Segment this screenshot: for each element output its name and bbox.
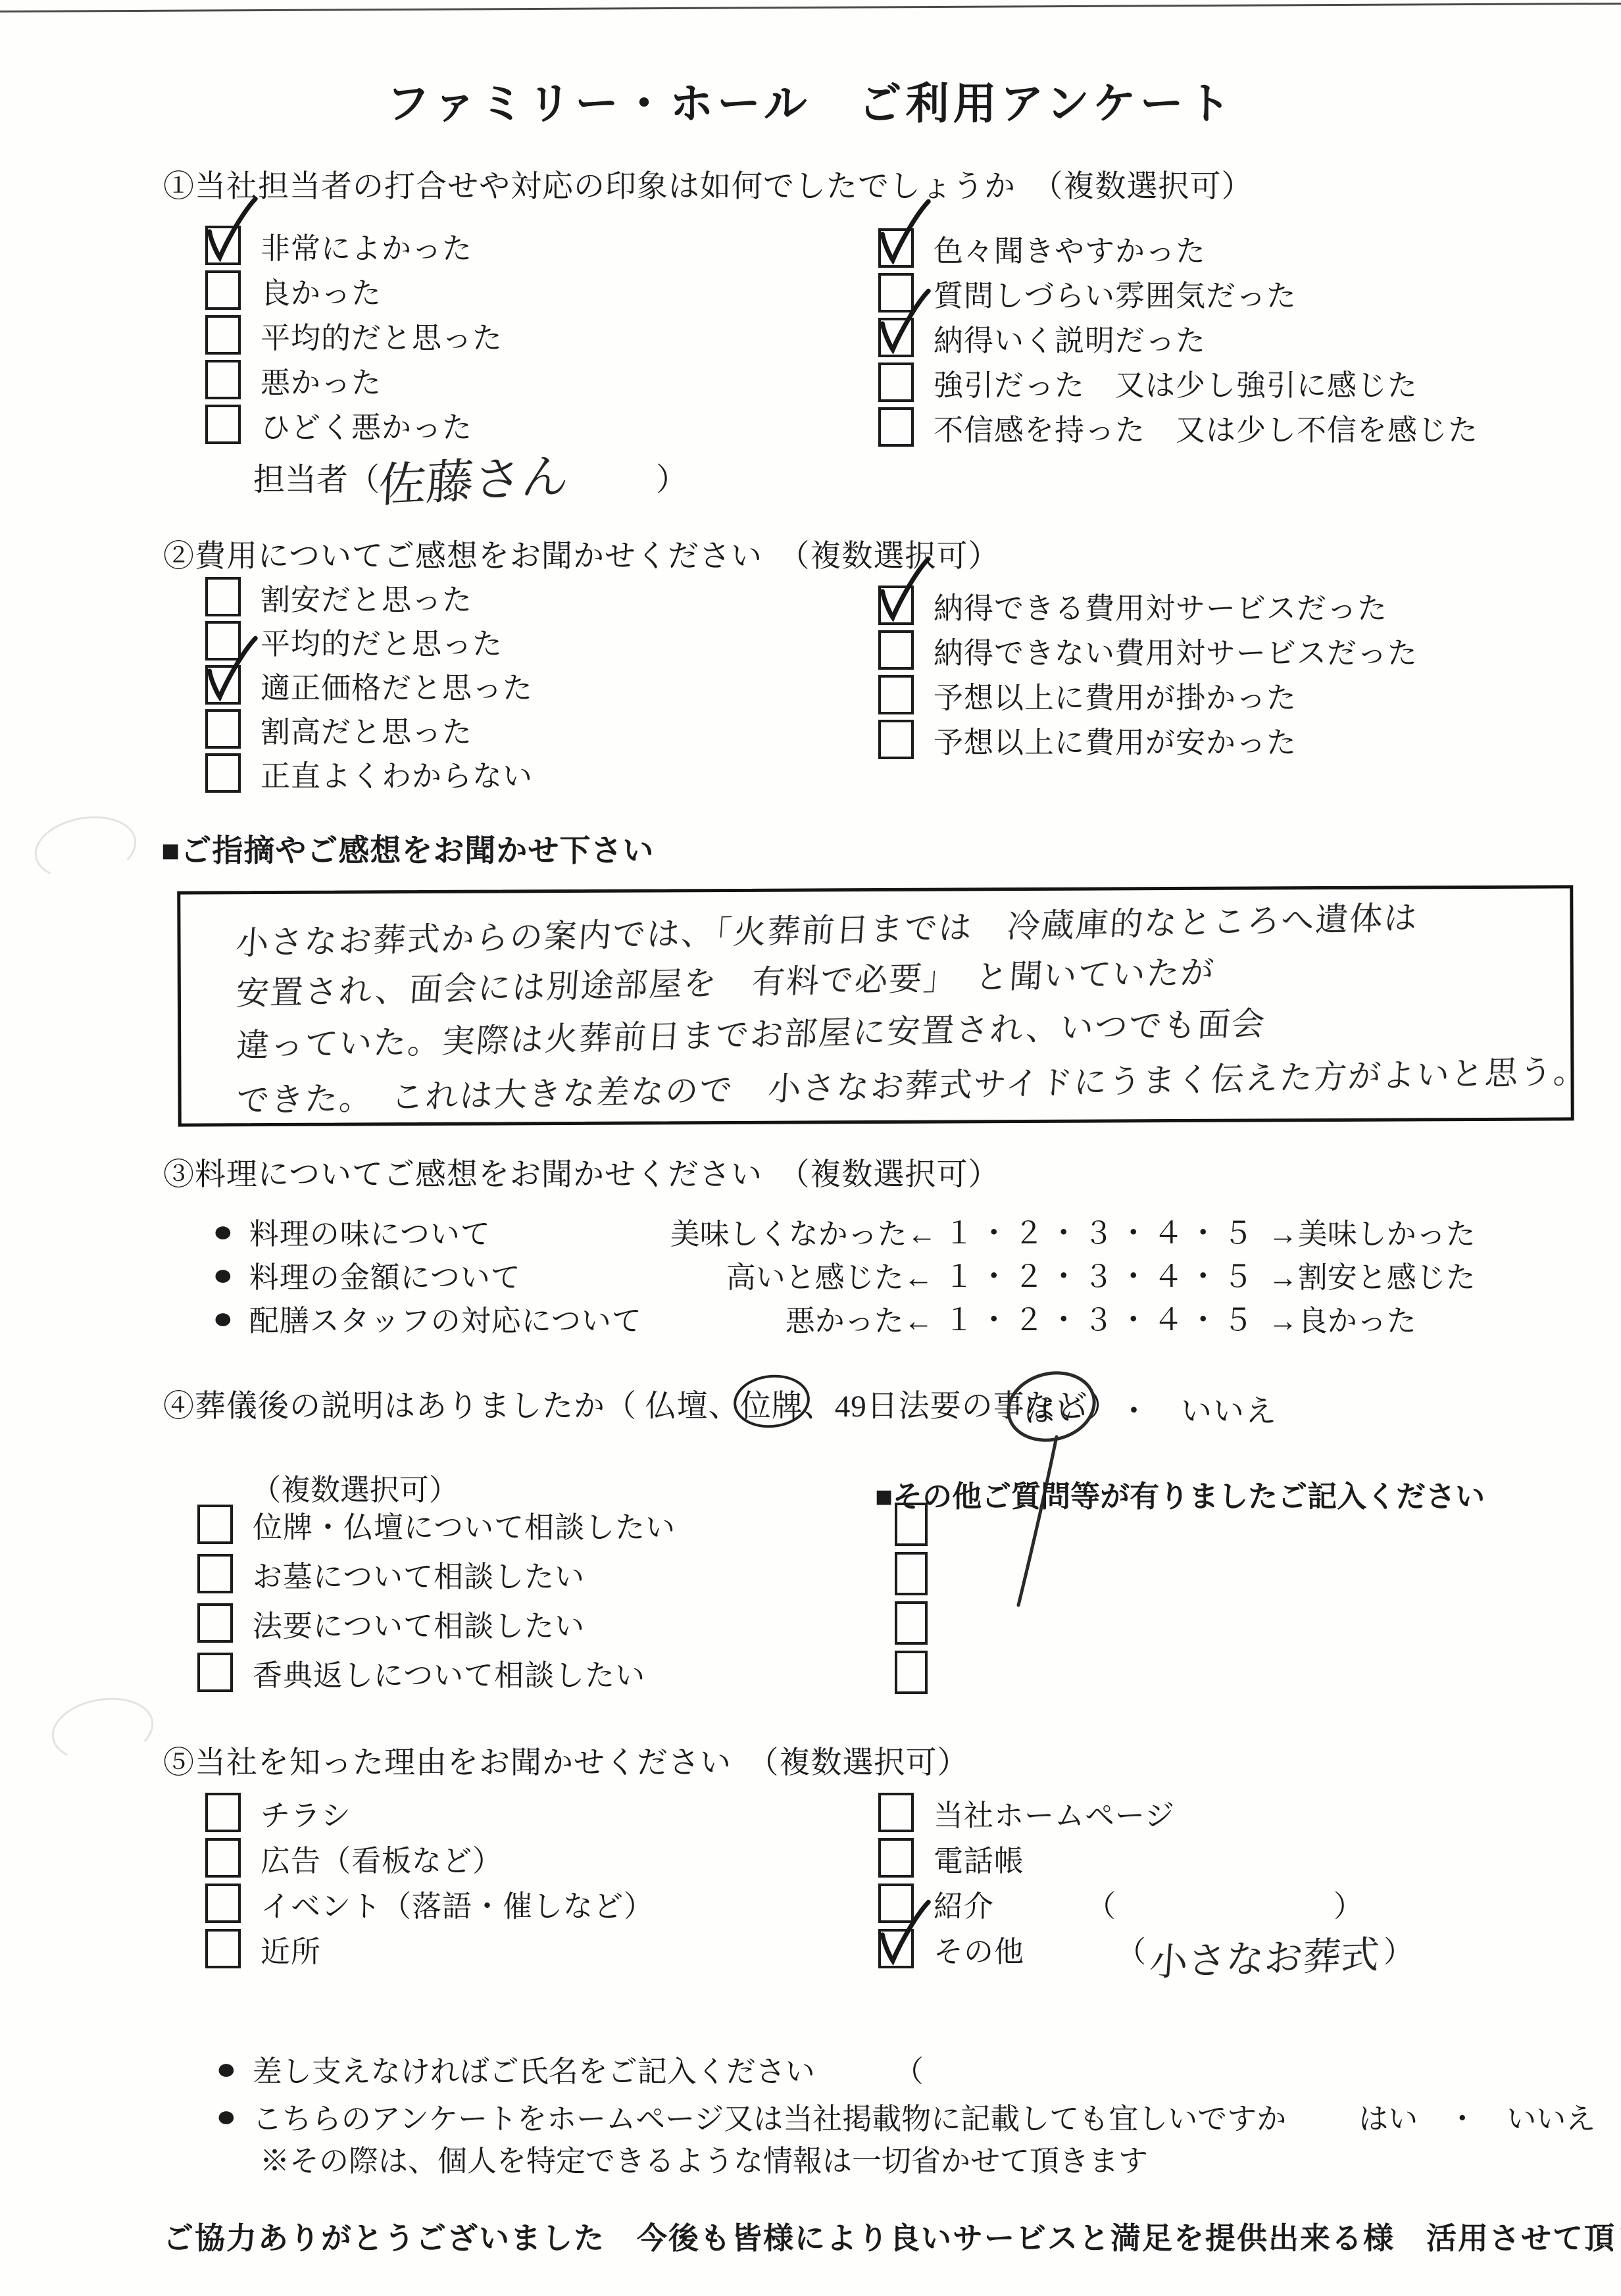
checkbox[interactable] (205, 577, 241, 616)
publish-yes-no[interactable]: はい ・ いいえ (1359, 2095, 1595, 2137)
list-item: 近所 (205, 1931, 654, 1966)
checkbox[interactable] (205, 753, 241, 793)
q4-no[interactable]: いいえ (1181, 1395, 1278, 1429)
option-label: お墓について相談したい (253, 1553, 585, 1595)
rating-label: 料理の金額について (249, 1253, 670, 1296)
option-label: 予想以上に費用が掛かった (934, 674, 1297, 716)
bullet-icon: ● (212, 1301, 234, 1335)
punch-hole-mark (30, 809, 141, 887)
paren-open: （ (1116, 1928, 1147, 1970)
checkbox[interactable] (895, 1651, 928, 1694)
checkbox[interactable] (197, 1554, 233, 1593)
list-item: 納得いく説明だった (878, 320, 1478, 355)
q2-right-options: 納得できる費用対サービスだった 納得できない費用対サービスだった 予想以上に費用… (878, 587, 1418, 766)
q2-left-options: 割安だと思った 平均的だと思った 適正価格だと思った 割高だと思った 正直よくわ… (205, 579, 533, 799)
paren-open: （ (1086, 1882, 1116, 1925)
checkbox[interactable] (878, 1838, 914, 1878)
option-label: 納得いく説明だった (934, 316, 1206, 359)
bullet-icon: ● (212, 1214, 234, 1249)
checkbox[interactable] (205, 1838, 241, 1878)
q4-heading-pre: ④葬儀後の説明はありましたか（ 仏壇、 (163, 1389, 740, 1424)
list-item: 良かった (205, 272, 503, 308)
option-label: 位牌・仏壇について相談したい (253, 1503, 676, 1546)
punch-hole-mark (47, 1690, 159, 1769)
list-item: 予想以上に費用が安かった (878, 722, 1418, 757)
rating-negative-label: 悪かった← (670, 1297, 934, 1339)
checkbox[interactable] (878, 228, 914, 268)
checkbox[interactable] (205, 1793, 241, 1832)
list-item: 平均的だと思った (205, 317, 503, 353)
list-item (895, 1556, 947, 1591)
list-item (895, 1655, 947, 1690)
bullet-icon: ● (216, 2099, 237, 2134)
option-label: 不信感を持った 又は少し不信を感じた (934, 406, 1478, 449)
checkbox[interactable] (895, 1503, 928, 1546)
list-item: 正直よくわからない (205, 755, 533, 791)
q3-rating-rows: ● 料理の味について 美味しくなかった← １・２・３・４・５ →美味しかった ●… (214, 1209, 1476, 1339)
publish-permission-line: ● こちらのアンケートをホームページ又は当社掲載物に記載しても宜しいですか はい… (217, 2095, 1595, 2137)
q1-right-options: 色々聞きやすかった 質問しづらい雰囲気だった 納得いく説明だった 強引だった 又… (878, 230, 1478, 454)
list-item: 香典返しについて相談したい (197, 1655, 676, 1690)
q2-heading: ②費用についてご感想をお聞かせください （複数選択可） (163, 532, 1000, 576)
list-item: 強引だった 又は少し強引に感じた (878, 364, 1478, 400)
comment-heading: ■ご指摘やご感想をお聞かせ下さい (161, 826, 654, 870)
checkbox[interactable] (205, 360, 241, 399)
rating-row: ● 料理の金額について 高いと感じた← １・２・３・４・５ →割安と感じた (214, 1253, 1476, 1296)
footer-thanks: ご協力ありがとうございました 今後も皆様により良いサービスと満足を提供出来る様 … (163, 2214, 1545, 2258)
q4-circled-word: 位牌 (740, 1382, 803, 1426)
checkbox[interactable] (878, 273, 914, 312)
checkbox[interactable] (878, 586, 914, 625)
option-label: 法要について相談したい (253, 1602, 585, 1645)
list-item: 割高だと思った (205, 711, 533, 747)
q4-heading: ④葬儀後の説明はありましたか（ 仏壇、位牌、49日法要の事など） (163, 1382, 1120, 1426)
option-label: 質問しづらい雰囲気だった (934, 272, 1297, 314)
option-label: イベント（落語・催しなど） (261, 1882, 654, 1925)
checkbox[interactable] (197, 1505, 233, 1544)
option-label: 正直よくわからない (261, 752, 533, 795)
handwritten-staff-name: 佐藤さん (377, 434, 632, 516)
option-label: 電話帳 (934, 1837, 1024, 1880)
list-item: 紹介 （ ） (878, 1885, 1414, 1921)
option-label: 非常によかった (261, 224, 472, 267)
q5-heading: ⑤当社を知った理由をお聞かせください （複数選択可） (163, 1738, 969, 1782)
checkbox[interactable] (878, 720, 914, 759)
list-item: 悪かった (205, 362, 503, 397)
list-item: 質問しづらい雰囲気だった (878, 275, 1478, 311)
option-label: 当社ホームページ (934, 1791, 1175, 1834)
list-item: 電話帳 (878, 1840, 1414, 1876)
page-title: ファミリー・ホール ご利用アンケート (0, 68, 1621, 131)
checkbox[interactable] (878, 675, 914, 714)
checkbox[interactable] (895, 1552, 928, 1595)
rating-scale[interactable]: １・２・３・４・５ (944, 1296, 1258, 1339)
q3-heading: ③料理についてご感想をお聞かせください （複数選択可） (163, 1150, 1000, 1194)
option-label: 納得できない費用対サービスだった (934, 629, 1418, 672)
checkbox[interactable] (197, 1603, 233, 1643)
option-label: 香典返しについて相談したい (253, 1651, 645, 1694)
option-label: 強引だった 又は少し強引に感じた (934, 361, 1418, 404)
list-item: お墓について相談したい (197, 1556, 676, 1591)
option-label: 良かった (261, 269, 382, 312)
list-item (895, 1507, 947, 1542)
list-item: 納得できる費用対サービスだった (878, 587, 1418, 623)
option-label: 適正価格だと思った (261, 664, 533, 707)
publish-permission-text: こちらのアンケートをホームページ又は当社掲載物に記載しても宜しいですか (253, 2095, 1286, 2137)
name-request-line: ● 差し支えなければご氏名をご記入ください （ (217, 2047, 924, 2090)
q4-other-write-in-boxes (895, 1507, 947, 1704)
rating-scale[interactable]: １・２・３・４・５ (944, 1253, 1258, 1296)
option-label: 予想以上に費用が安かった (934, 718, 1297, 761)
q5-right-options: 当社ホームページ 電話帳 紹介 （ ） その他 （ 小さなお葬式 ） (878, 1795, 1414, 1976)
list-item: 法要について相談したい (197, 1605, 676, 1641)
q4-yes-no: はい・いいえ (1024, 1387, 1278, 1431)
option-label: 割安だと思った (261, 576, 472, 618)
checkbox[interactable] (878, 362, 914, 402)
option-label: 悪かった (261, 359, 382, 401)
list-item: 位牌・仏壇について相談したい (197, 1507, 676, 1542)
q4-yes[interactable]: はい (1024, 1395, 1088, 1429)
checkbox[interactable] (205, 709, 241, 749)
option-label: 割高だと思った (261, 708, 472, 751)
list-item: 平均的だと思った (205, 623, 533, 659)
rating-label: 料理の味について (249, 1210, 670, 1253)
list-item: 適正価格だと思った (205, 667, 533, 703)
checkbox[interactable] (205, 1929, 241, 1968)
privacy-note-line: ※その際は、個人を特定できるような情報は一切省かせて頂きます (260, 2137, 1148, 2180)
checkbox[interactable] (197, 1653, 233, 1692)
rating-scale[interactable]: １・２・３・４・５ (944, 1209, 1258, 1253)
list-item: 納得できない費用対サービスだった (878, 632, 1418, 668)
list-item: 広告（看板など） (205, 1840, 654, 1876)
rating-label: 配膳スタッフの対応について (249, 1297, 670, 1339)
bullet-icon: ● (212, 1257, 234, 1292)
list-item: 非常によかった (205, 228, 503, 263)
q1-left-options: 非常によかった 良かった 平均的だと思った 悪かった ひどく悪かった (205, 228, 503, 451)
comment-box[interactable]: 小さなお葬式からの案内では、「火葬前日までは 冷蔵庫的なところへ遺体は 安置され… (177, 885, 1574, 1126)
paren-open: （ (894, 2047, 924, 2090)
scanned-survey-page: ファミリー・ホール ご利用アンケート ①当社担当者の打合せや対応の印象は如何でし… (0, 0, 1621, 2296)
checkbox[interactable] (205, 315, 241, 355)
handwritten-other-source: 小さなお葬式 (1144, 1924, 1385, 1987)
checkbox[interactable] (878, 1793, 914, 1832)
list-item: チラシ (205, 1795, 654, 1830)
list-item: 色々聞きやすかった (878, 230, 1478, 266)
checkbox[interactable] (895, 1601, 928, 1645)
dot-separator: ・ (1118, 1395, 1151, 1429)
rating-positive-label: →割安と感じた (1268, 1253, 1476, 1296)
option-label: その他 (934, 1928, 1024, 1970)
staff-label: 担当者 (253, 462, 348, 497)
list-item: 不信感を持った 又は少し不信を感じた (878, 409, 1478, 445)
checkbox[interactable] (878, 630, 914, 670)
paren-close: ） (1384, 1928, 1414, 1970)
circled-word-text: 位牌 (740, 1389, 803, 1424)
list-item: 割安だと思った (205, 579, 533, 614)
option-label: チラシ (261, 1791, 351, 1834)
q5-left-options: チラシ 広告（看板など） イベント（落語・催しなど） 近所 (205, 1795, 654, 1976)
checkbox[interactable] (878, 1929, 914, 1968)
checkbox[interactable] (205, 665, 241, 705)
paren-close: ） (1334, 1882, 1364, 1925)
q1-heading: ①当社担当者の打合せや対応の印象は如何でしたでしょうか （複数選択可） (163, 162, 1253, 206)
rating-negative-label: 高いと感じた← (670, 1253, 934, 1296)
checkbox[interactable] (205, 405, 241, 444)
rating-row: ● 配膳スタッフの対応について 悪かった← １・２・３・４・５ →良かった (214, 1296, 1476, 1339)
checkbox[interactable] (878, 318, 914, 357)
list-item: 予想以上に費用が掛かった (878, 677, 1418, 712)
name-request-text: 差し支えなければご氏名をご記入ください (253, 2047, 815, 2090)
checkbox[interactable] (878, 1884, 914, 1923)
q4-options: 位牌・仏壇について相談したい お墓について相談したい 法要について相談したい 香… (197, 1507, 676, 1704)
option-label: 平均的だと思った (261, 314, 503, 357)
paren-open: （ (348, 462, 380, 497)
list-item: その他 （ 小さなお葬式 ） (878, 1931, 1414, 1966)
handwritten-comment: 小さなお葬式からの案内では、「火葬前日までは 冷蔵庫的なところへ遺体は 安置され… (236, 901, 1621, 1115)
checkbox[interactable] (205, 270, 241, 310)
q4-multi-note: （複数選択可） (251, 1466, 459, 1509)
scan-artifact-line (0, 3, 1621, 12)
checkbox[interactable] (205, 226, 241, 265)
checkbox[interactable] (205, 1884, 241, 1923)
option-label: 色々聞きやすかった (934, 227, 1206, 270)
privacy-note-text: ※その際は、個人を特定できるような情報は一切省かせて頂きます (260, 2137, 1148, 2180)
rating-row: ● 料理の味について 美味しくなかった← １・２・３・４・５ →美味しかった (214, 1209, 1476, 1253)
option-label: 近所 (261, 1928, 321, 1970)
paren-close: ） (656, 462, 687, 497)
option-label: 平均的だと思った (261, 620, 503, 662)
checkbox[interactable] (878, 407, 914, 447)
rating-positive-label: →良かった (1268, 1297, 1416, 1339)
list-item: 当社ホームページ (878, 1795, 1414, 1830)
staff-name-line: 担当者（佐藤さん） (253, 436, 687, 504)
bullet-icon: ● (216, 2051, 237, 2086)
option-label: 紹介 (934, 1882, 994, 1925)
option-label: 広告（看板など） (261, 1837, 503, 1880)
list-item: イベント（落語・催しなど） (205, 1885, 654, 1921)
rating-negative-label: 美味しくなかった← (670, 1210, 934, 1253)
rating-positive-label: →美味しかった (1268, 1210, 1476, 1253)
option-label: 納得できる費用対サービスだった (934, 584, 1387, 627)
checkbox[interactable] (205, 621, 241, 661)
q4-other-heading: ■その他ご質問等が有りましたご記入ください (875, 1472, 1485, 1515)
list-item (895, 1605, 947, 1641)
